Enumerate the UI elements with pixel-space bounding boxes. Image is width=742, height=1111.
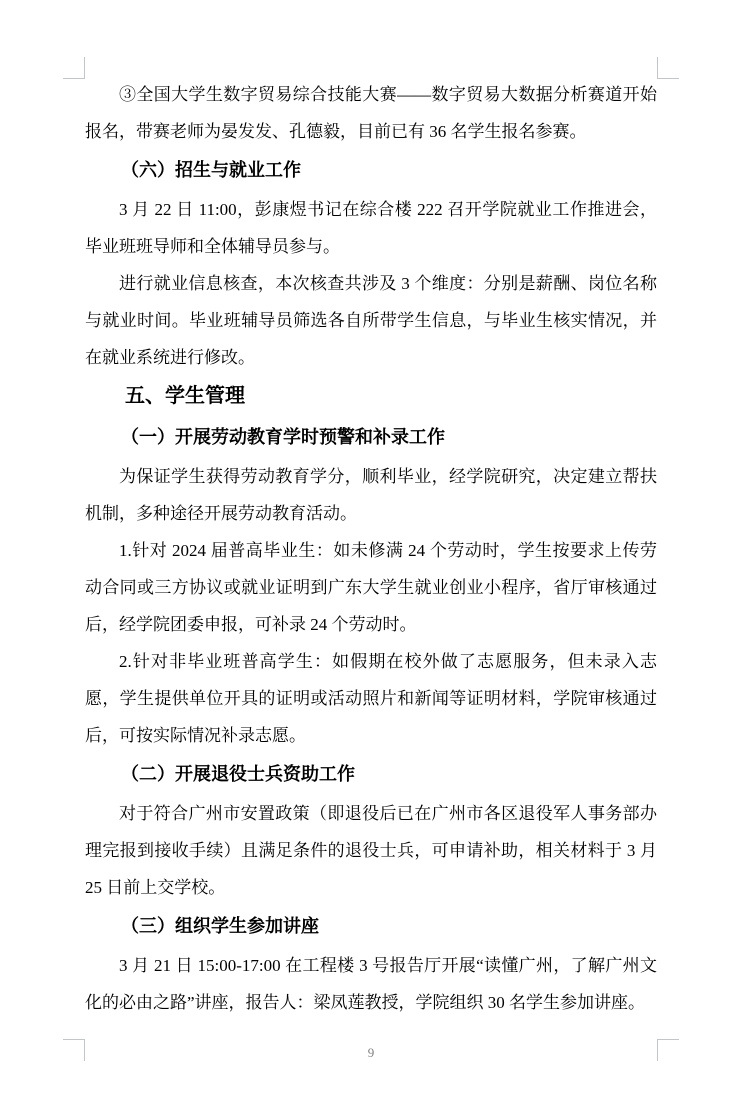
section-heading-3: （三）组织学生参加讲座 [85,906,657,947]
body-paragraph: 3 月 21 日 15:00-17:00 在工程楼 3 号报告厅开展“读懂广州，… [85,947,657,1021]
margin-crop-mark-top-left [63,57,85,79]
section-heading-1: （一）开展劳动教育学时预警和补录工作 [85,417,657,458]
body-paragraph: 1.针对 2024 届普高毕业生：如未修满 24 个劳动时，学生按要求上传劳动合… [85,532,657,643]
body-paragraph: ③全国大学生数字贸易综合技能大赛——数字贸易大数据分析赛道开始报名，带赛老师为晏… [85,76,657,150]
document-page: ③全国大学生数字贸易综合技能大赛——数字贸易大数据分析赛道开始报名，带赛老师为晏… [0,0,742,1111]
chapter-heading-5: 五、学生管理 [85,376,657,417]
page-number: 9 [0,1044,742,1062]
section-heading-6: （六）招生与就业工作 [85,150,657,191]
body-paragraph: 进行就业信息核查，本次核查共涉及 3 个维度：分别是薪酬、岗位名称与就业时间。毕… [85,265,657,376]
margin-crop-mark-top-right [657,57,679,79]
body-paragraph: 为保证学生获得劳动教育学分，顺利毕业，经学院研究，决定建立帮扶机制，多种途径开展… [85,458,657,532]
body-paragraph: 对于符合广州市安置政策（即退役后已在广州市各区退役军人事务部办理完报到接收手续）… [85,795,657,906]
body-paragraph: 3 月 22 日 11:00，彭康煜书记在综合楼 222 召开学院就业工作推进会… [85,191,657,265]
body-paragraph: 2.针对非毕业班普高学生：如假期在校外做了志愿服务，但未录入志愿，学生提供单位开… [85,643,657,754]
document-body: ③全国大学生数字贸易综合技能大赛——数字贸易大数据分析赛道开始报名，带赛老师为晏… [85,76,657,1021]
section-heading-2: （二）开展退役士兵资助工作 [85,754,657,795]
